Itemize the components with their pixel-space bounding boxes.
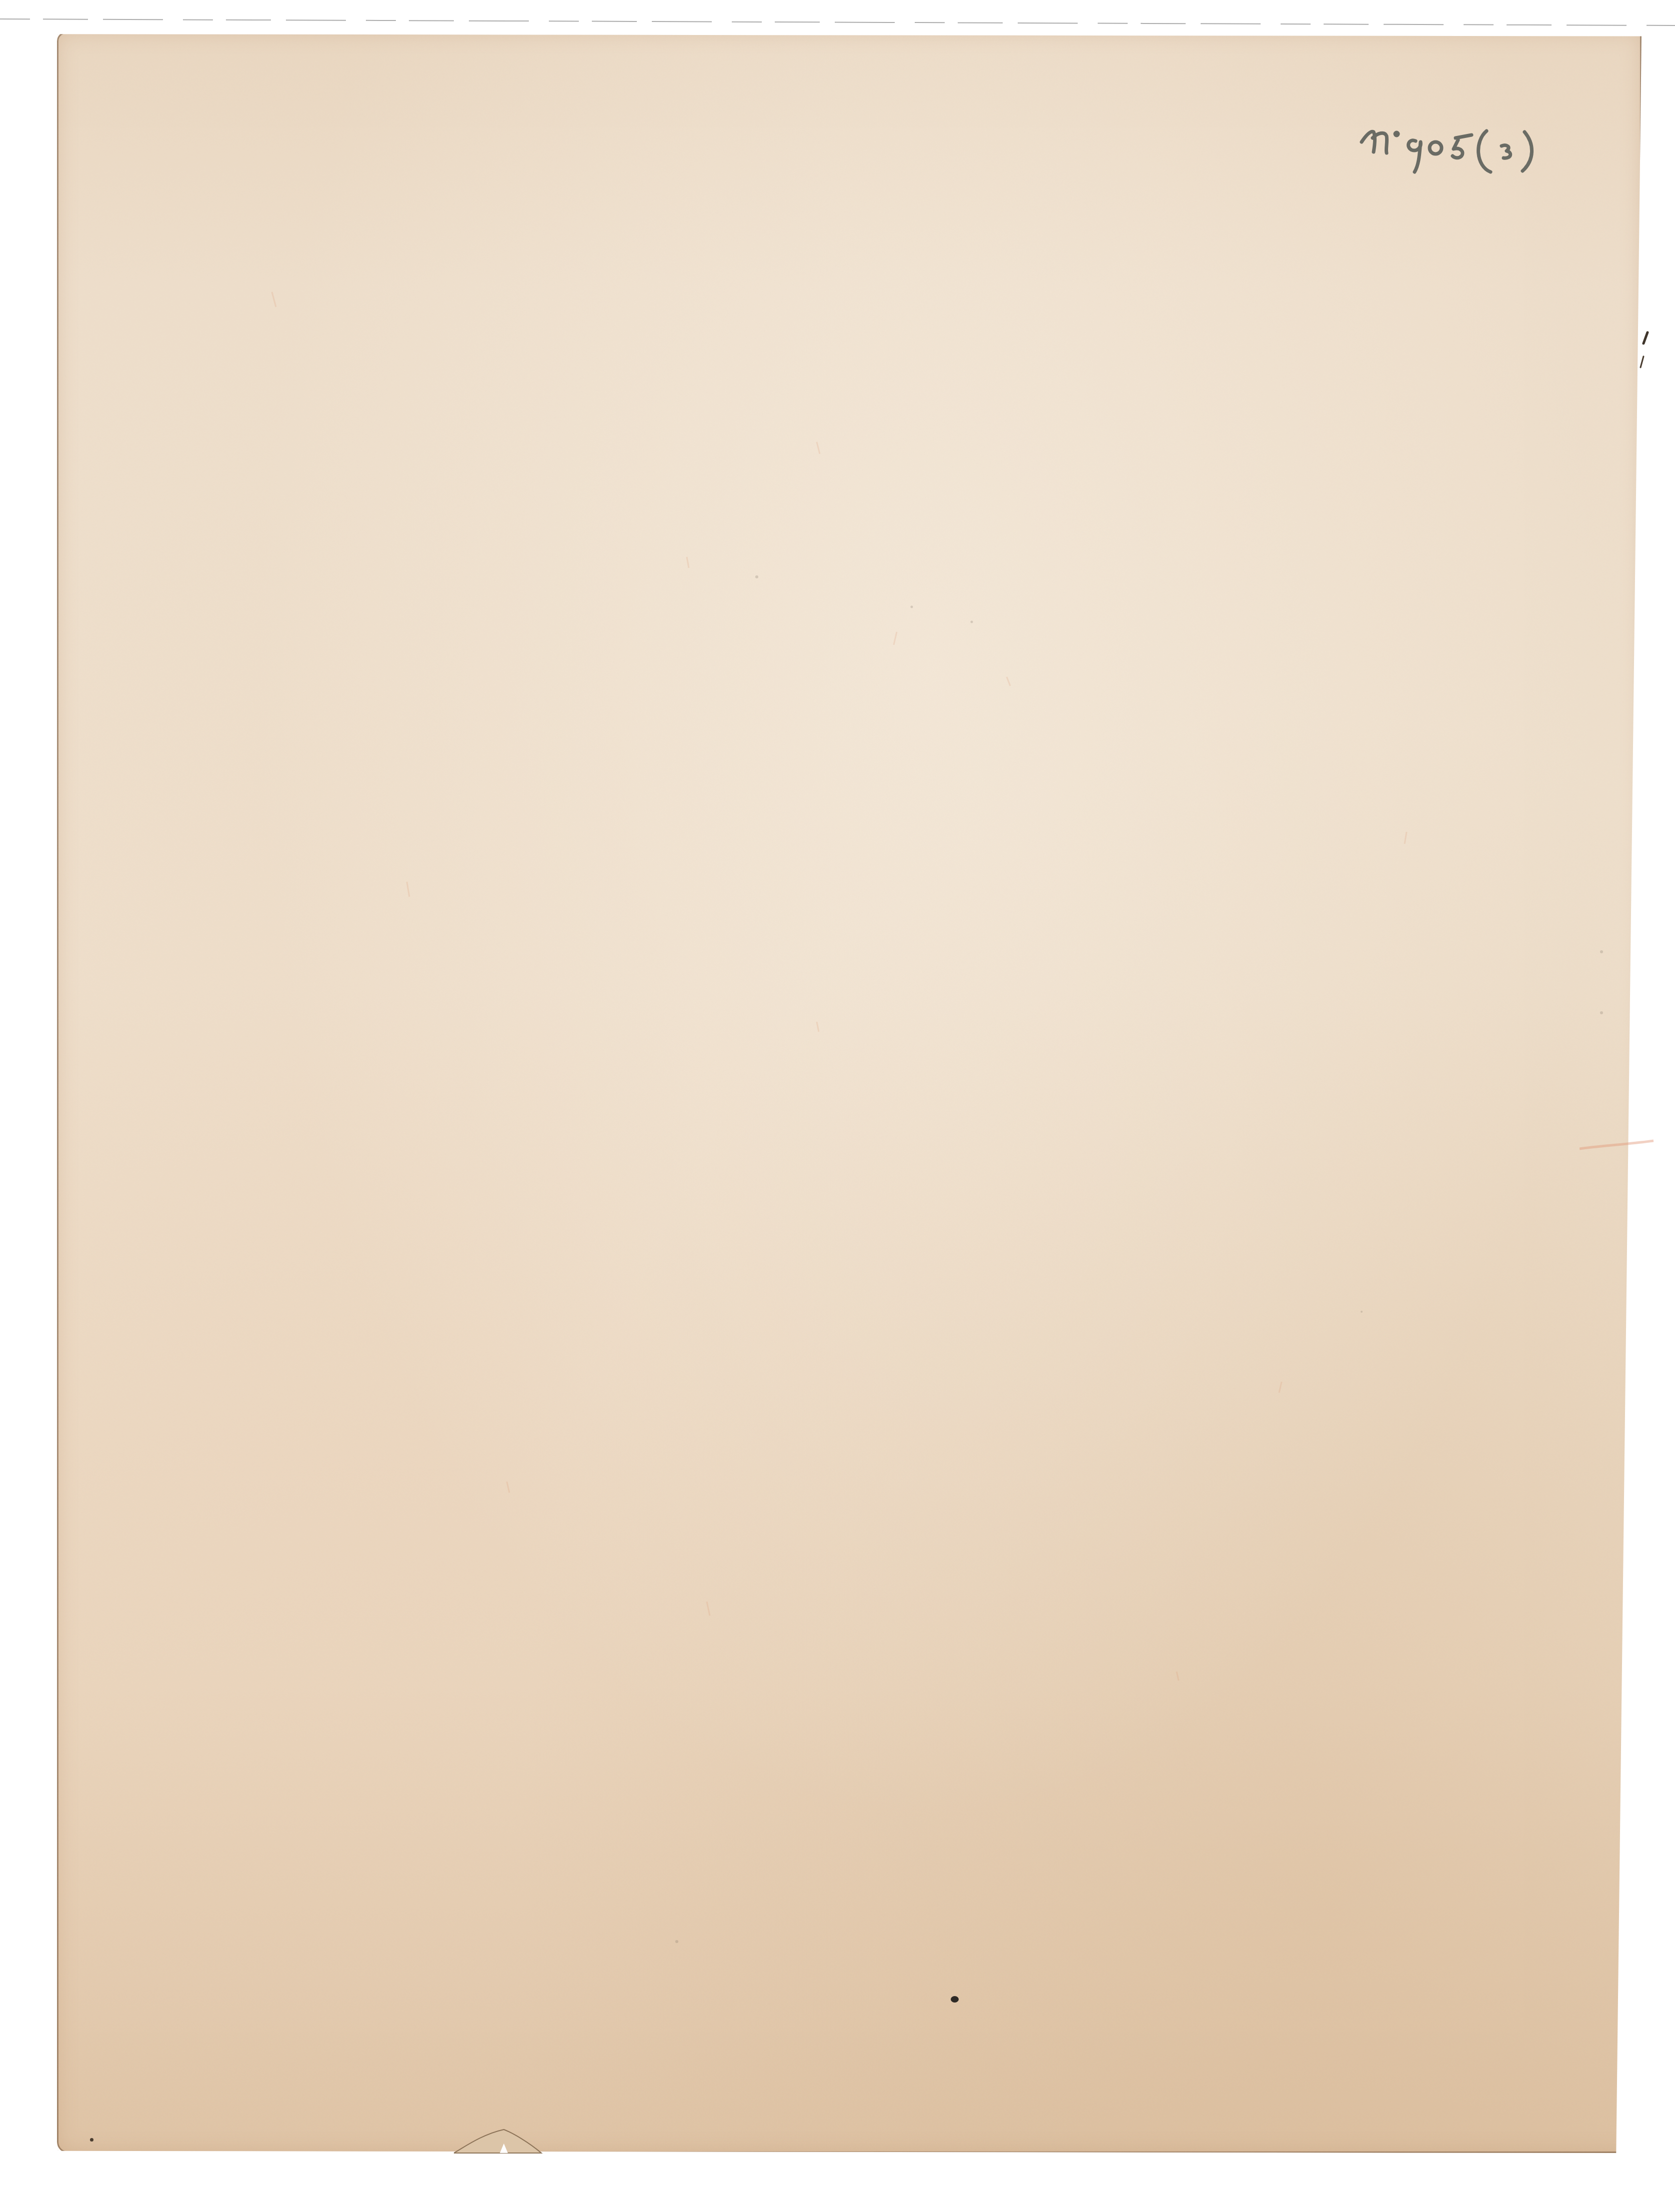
scan-line-artifact [0, 17, 1675, 27]
annotation-text: n° 905 (3) [1356, 116, 1356, 116]
handwritten-number-icon [1356, 116, 1566, 186]
pencil-annotation: n° 905 (3) [1356, 116, 1566, 186]
right-edge-crease [1580, 1135, 1655, 1155]
bottom-edge-tear [454, 2124, 549, 2154]
dark-speck [951, 1996, 959, 2003]
small-speck [90, 2138, 93, 2142]
right-edge-marks [1635, 327, 1655, 372]
paper-sheet [57, 32, 1642, 2153]
paper-texture [57, 32, 1642, 2153]
